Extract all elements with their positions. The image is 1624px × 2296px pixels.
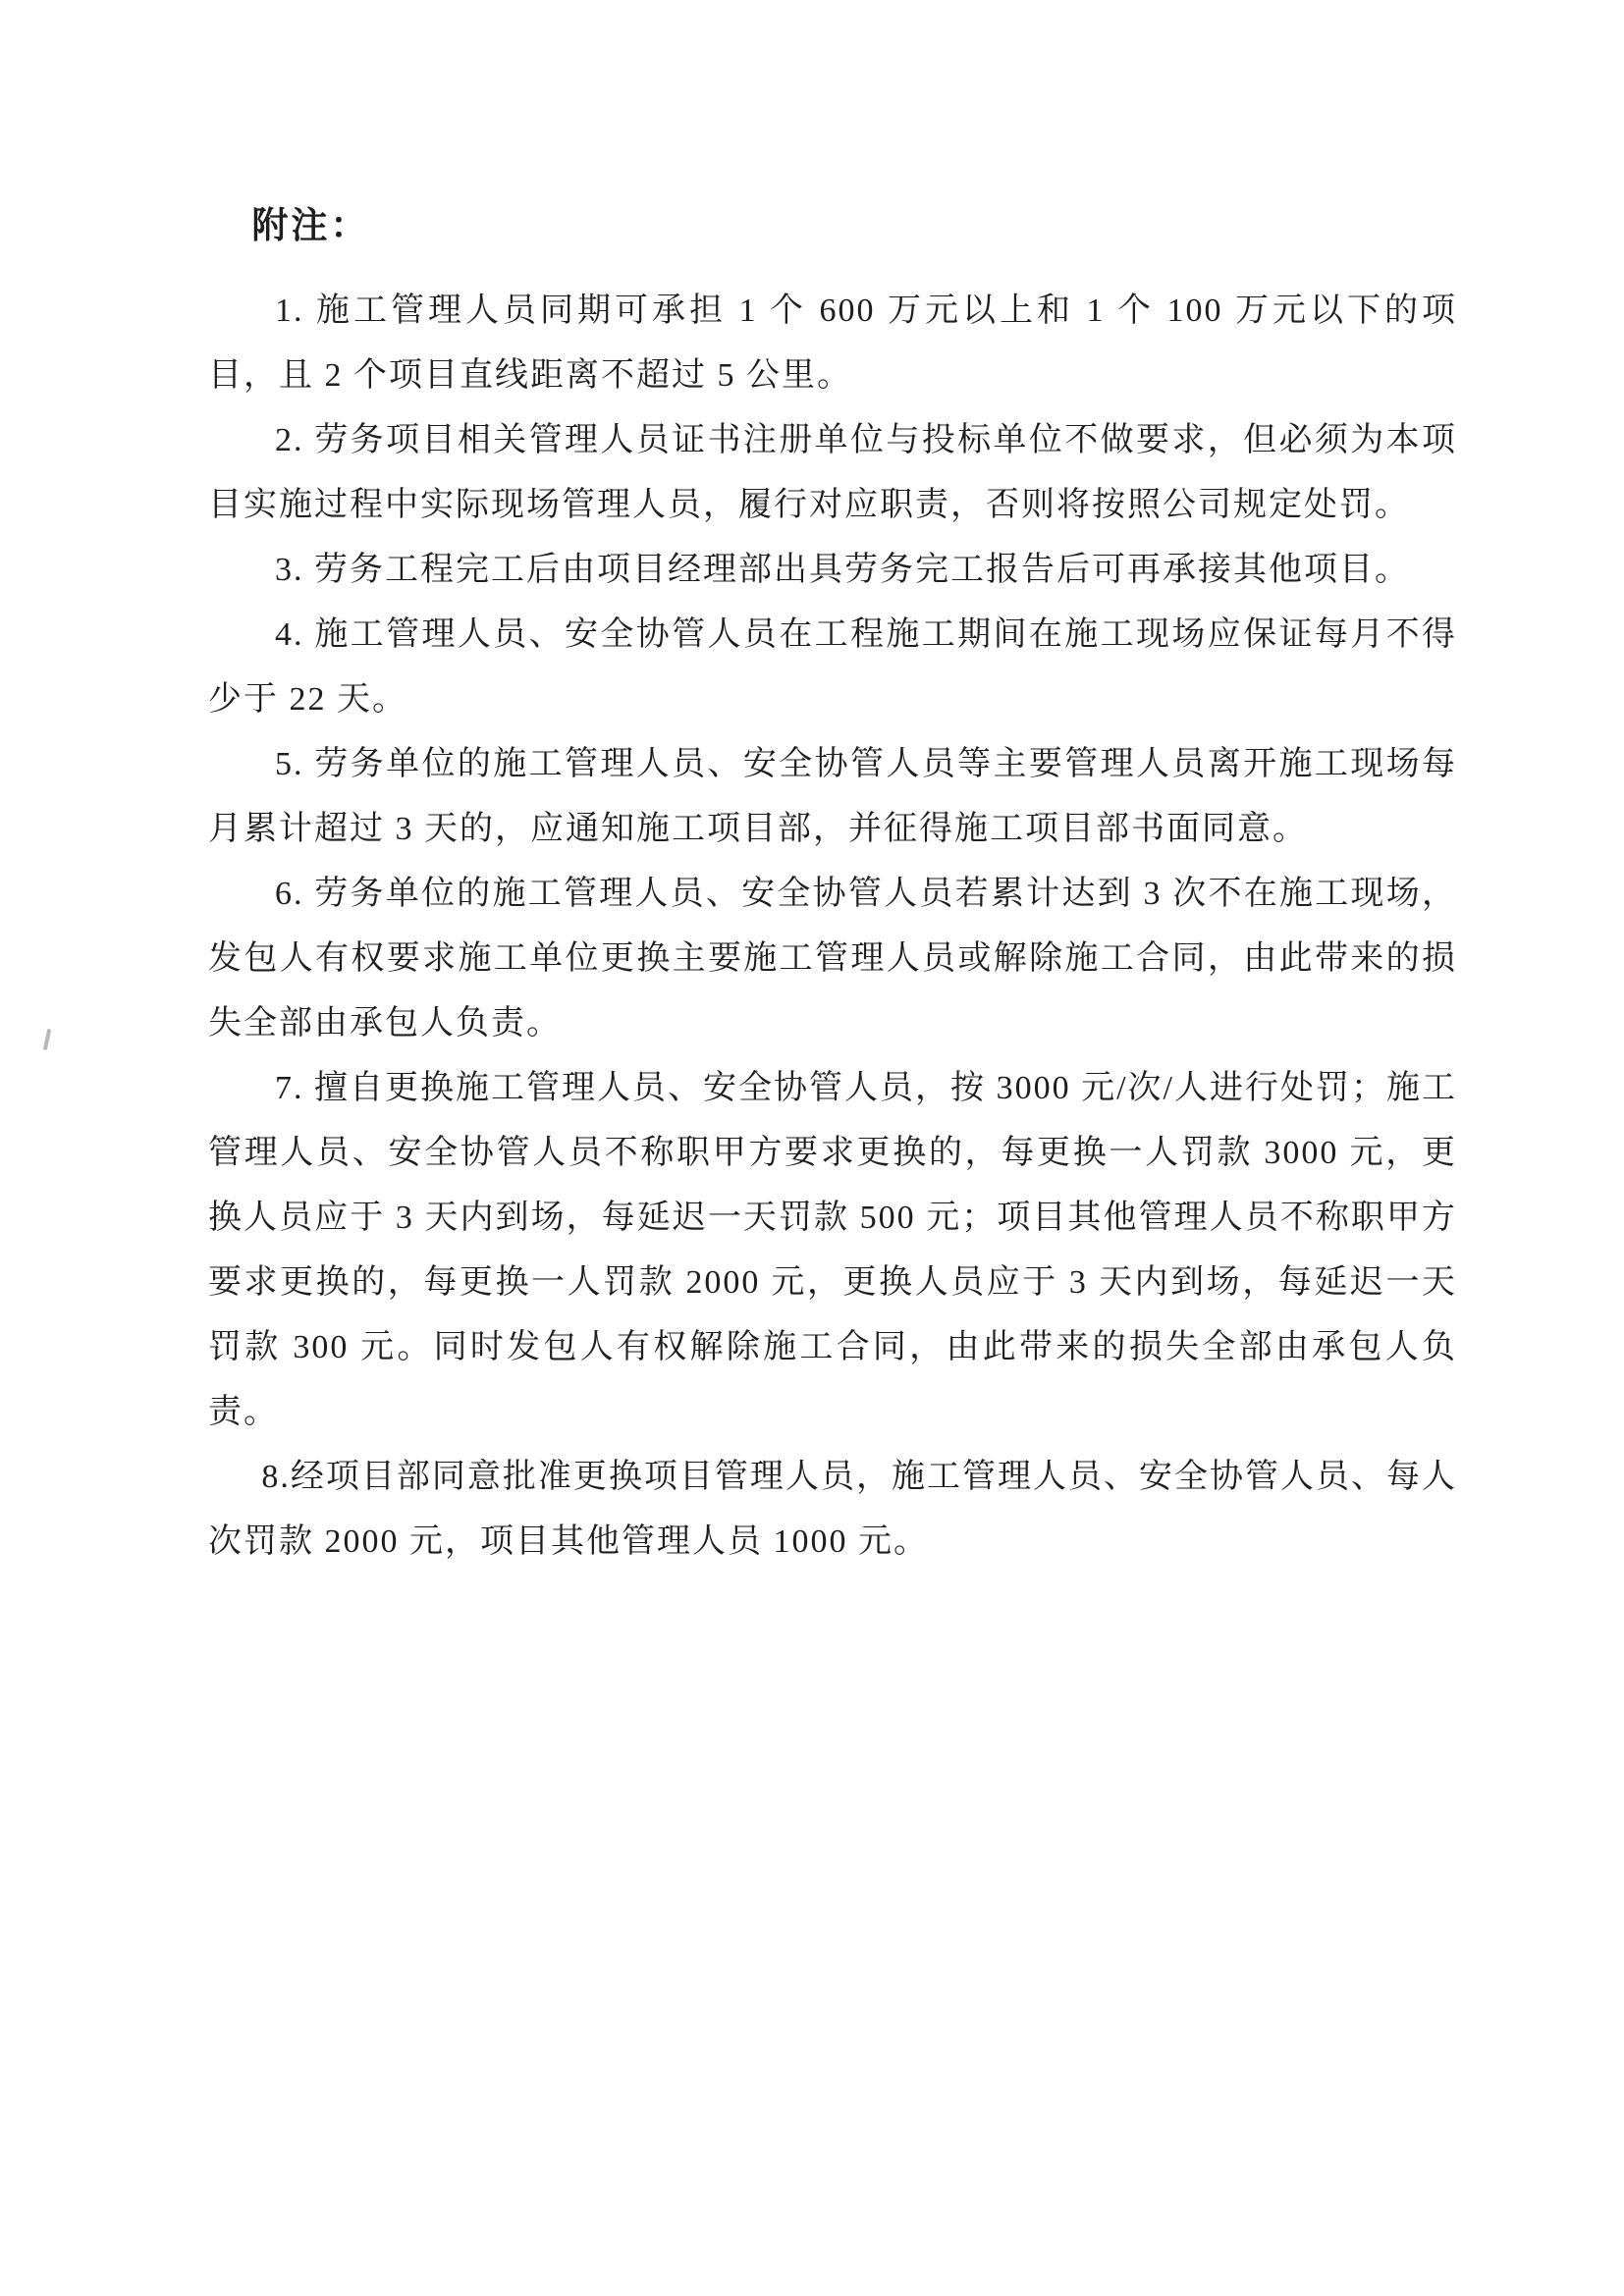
note-item-2: 2. 劳务项目相关管理人员证书注册单位与投标单位不做要求，但必须为本项目实施过程… (208, 408, 1457, 538)
note-item-3: 3. 劳务工程完工后由项目经理部出具劳务完工报告后可再承接其他项目。 (208, 538, 1457, 603)
notes-heading: 附注： (208, 194, 1457, 259)
note-item-5: 5. 劳务单位的施工管理人员、安全协管人员等主要管理人员离开施工现场每月累计超过… (208, 732, 1457, 862)
note-item-4: 4. 施工管理人员、安全协管人员在工程施工期间在施工现场应保证每月不得少于 22… (208, 603, 1457, 732)
note-item-6: 6. 劳务单位的施工管理人员、安全协管人员若累计达到 3 次不在施工现场，发包人… (208, 862, 1457, 1056)
notes-section: 附注： 1. 施工管理人员同期可承担 1 个 600 万元以上和 1 个 100… (208, 194, 1457, 1575)
note-item-7: 7. 擅自更换施工管理人员、安全协管人员，按 3000 元/次/人进行处罚；施工… (208, 1056, 1457, 1445)
note-item-1: 1. 施工管理人员同期可承担 1 个 600 万元以上和 1 个 100 万元以… (208, 279, 1457, 408)
scan-artifact-mark (43, 1029, 51, 1050)
note-item-8: 8.经项目部同意批准更换项目管理人员，施工管理人员、安全协管人员、每人次罚款 2… (208, 1445, 1457, 1575)
scanned-document-page: 附注： 1. 施工管理人员同期可承担 1 个 600 万元以上和 1 个 100… (0, 0, 1624, 2296)
